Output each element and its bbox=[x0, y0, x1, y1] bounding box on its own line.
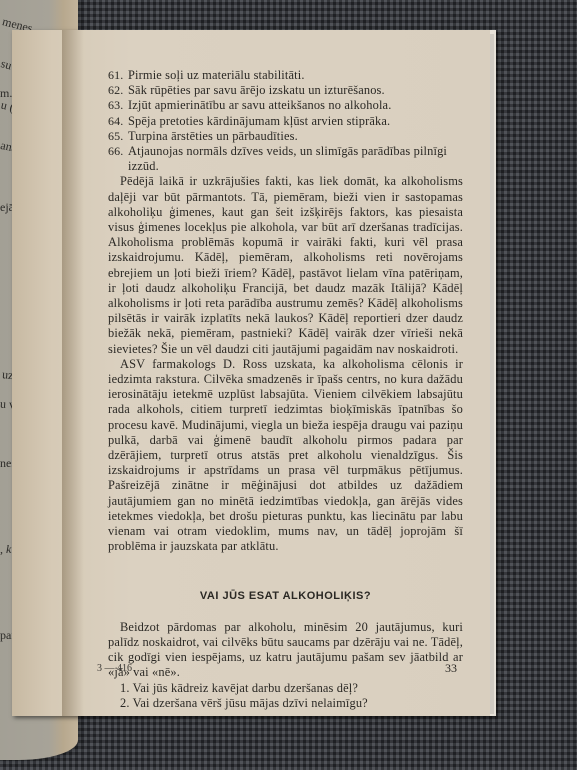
gutter-shadow bbox=[62, 30, 84, 716]
intro-paragraph: Beidzot pārdomas par alkoholu, minēsim 2… bbox=[108, 620, 463, 681]
list-item: 64. Spēja pretoties kārdinājumam kļūst a… bbox=[108, 114, 463, 129]
list-number: 61. bbox=[108, 68, 128, 83]
list-number: 66. bbox=[108, 144, 128, 174]
list-number: 63. bbox=[108, 98, 128, 113]
page-edge bbox=[490, 34, 494, 714]
list-text: Pirmie soļi uz materiālu stabilitāti. bbox=[128, 68, 305, 83]
section-heading: VAI JŪS ESAT ALKOHOLIĶIS? bbox=[108, 589, 463, 604]
list-number: 65. bbox=[108, 129, 128, 144]
body-paragraph: Pēdējā laikā ir uzkrājušies fakti, kas l… bbox=[108, 174, 463, 356]
list-item: 66. Atjaunojas normāls dzīves veids, un … bbox=[108, 144, 463, 174]
list-text: Sāk rūpēties par savu ārējo izskatu un i… bbox=[128, 83, 385, 98]
list-text: Atjaunojas normāls dzīves veids, un slim… bbox=[128, 144, 463, 174]
list-item: 62. Sāk rūpēties par savu ārējo izskatu … bbox=[108, 83, 463, 98]
list-number: 62. bbox=[108, 83, 128, 98]
question-item: 1. Vai jūs kādreiz kavējat darbu dzeršan… bbox=[108, 681, 463, 696]
question-item: 2. Vai dzeršana vērš jūsu mājas dzīvi ne… bbox=[108, 696, 463, 711]
body-paragraph: ASV farmakologs D. Ross uzskata, ka alko… bbox=[108, 357, 463, 555]
list-item: 63. Izjūt apmierinātību ar savu atteikša… bbox=[108, 98, 463, 113]
signature-mark: 3 — 416 bbox=[97, 663, 132, 674]
list-text: Turpina ārstēties un pārbaudīties. bbox=[128, 129, 298, 144]
list-number: 64. bbox=[108, 114, 128, 129]
page-number: 33 bbox=[445, 661, 457, 676]
list-text: Spēja pretoties kārdinājumam kļūst arvie… bbox=[128, 114, 390, 129]
list-item: 61. Pirmie soļi uz materiālu stabilitāti… bbox=[108, 68, 463, 83]
page-content: 61. Pirmie soļi uz materiālu stabilitāti… bbox=[108, 68, 463, 711]
list-item: 65. Turpina ārstēties un pārbaudīties. bbox=[108, 129, 463, 144]
list-text: Izjūt apmierinātību ar savu atteikšanos … bbox=[128, 98, 391, 113]
